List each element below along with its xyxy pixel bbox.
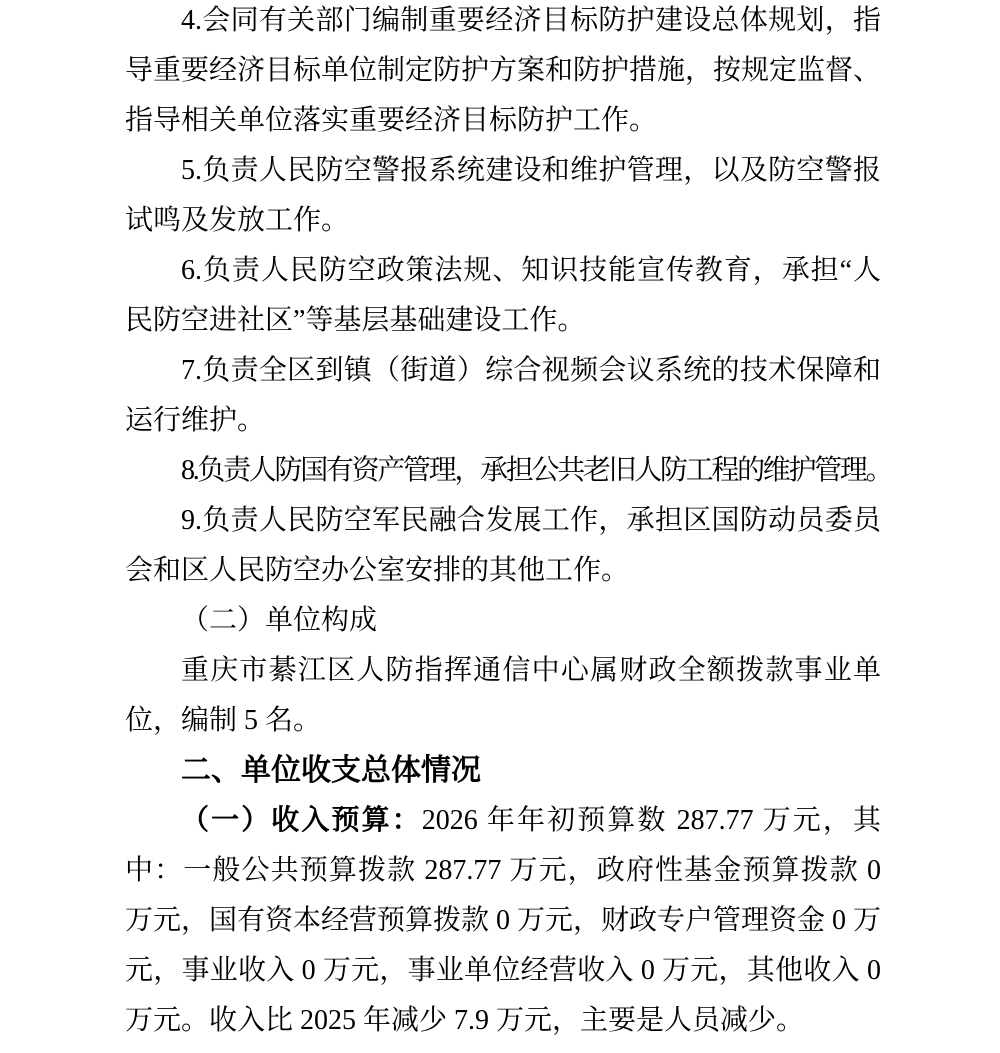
paragraph-duty-6: 6.负责人民防空政策法规、知识技能宣传教育，承担“人民防空进社区”等基层基础建设… [125, 246, 881, 346]
paragraph-duty-8: 8.负责人防国有资产管理，承担公共老旧人防工程的维护管理。 [125, 446, 881, 496]
paragraph-duty-7: 7.负责全区到镇（街道）综合视频会议系统的技术保障和运行维护。 [125, 346, 881, 446]
subsection-heading-unit-composition: （二）单位构成 [125, 596, 881, 646]
income-budget-text: 2026 年年初预算数 287.77 万元，其中：一般公共预算拨款 287.77… [125, 805, 881, 1036]
income-budget-lead: （一）收入预算： [181, 805, 422, 836]
section-heading-revenue-expenditure: 二、单位收支总体情况 [125, 746, 881, 796]
document-page: 4.会同有关部门编制重要经济目标防护建设总体规划，指导重要经济目标单位制定防护方… [125, 0, 881, 1046]
paragraph-unit-composition: 重庆市綦江区人防指挥通信中心属财政全额拨款事业单位，编制 5 名。 [125, 646, 881, 746]
paragraph-duty-9: 9.负责人民防空军民融合发展工作，承担区国防动员委员会和区人民防空办公室安排的其… [125, 496, 881, 596]
paragraph-income-budget: （一）收入预算：2026 年年初预算数 287.77 万元，其中：一般公共预算拨… [125, 796, 881, 1046]
paragraph-duty-4: 4.会同有关部门编制重要经济目标防护建设总体规划，指导重要经济目标单位制定防护方… [125, 0, 881, 146]
paragraph-duty-5: 5.负责人民防空警报系统建设和维护管理，以及防空警报试鸣及发放工作。 [125, 146, 881, 246]
